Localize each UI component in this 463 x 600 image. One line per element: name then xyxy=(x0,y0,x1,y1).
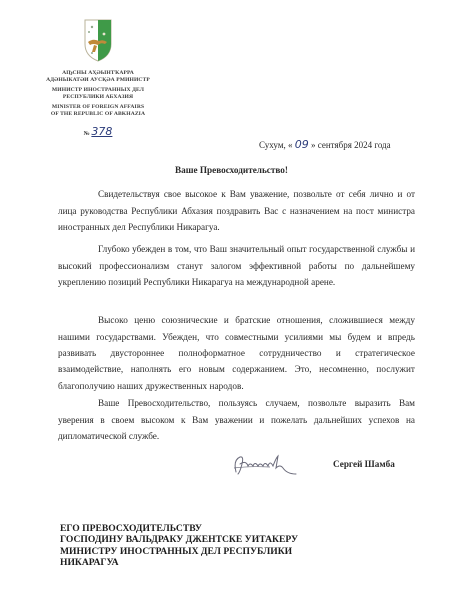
addressee-line: ЕГО ПРЕВОСХОДИТЕЛЬСТВУ xyxy=(60,523,298,534)
salutation: Ваше Превосходительство! xyxy=(0,165,463,175)
letterhead-abkhaz: АҦСНЫ АҲӘЫНТҠАРРА АДӘНЫКАТӘИ АУСҚӘА РМИН… xyxy=(38,70,158,84)
abkhazia-coat-of-arms-icon xyxy=(83,18,113,62)
document-number: № 378 xyxy=(38,125,158,138)
date-city: Сухум, « xyxy=(259,140,293,150)
letterhead-line: OF THE REPUBLIC OF ABKHAZIA xyxy=(38,111,158,118)
letterhead-line: MINISTER OF FOREIGN AFFAIRS xyxy=(38,104,158,111)
letterhead-english: MINISTER OF FOREIGN AFFAIRS OF THE REPUB… xyxy=(38,104,158,118)
date-rest: » сентября 2024 года xyxy=(311,140,391,150)
letterhead-line: АҦСНЫ АҲӘЫНТҠАРРА xyxy=(38,70,158,77)
paragraph: Ваше Превосходительство, пользуясь случа… xyxy=(58,395,415,444)
addressee-line: ГОСПОДИНУ ВАЛЬДРАКУ ДЖЕНТСКЕ УИТАКЕРУ xyxy=(60,534,298,545)
letterhead-line: РЕСПУБЛИКИ АБХАЗИЯ xyxy=(38,94,158,101)
date-day: 09 xyxy=(295,138,309,151)
letterhead-line: МИНИСТР ИНОСТРАННЫХ ДЕЛ xyxy=(38,87,158,94)
signer-name: Сергей Шамба xyxy=(333,459,395,469)
handwritten-signature-icon xyxy=(230,452,310,478)
number-value: 378 xyxy=(91,125,112,138)
letterhead-russian: МИНИСТР ИНОСТРАННЫХ ДЕЛ РЕСПУБЛИКИ АБХАЗ… xyxy=(38,87,158,101)
date-line: Сухум, « 09 » сентября 2024 года xyxy=(259,138,391,151)
paragraph: Свидетельствуя свое высокое к Вам уважен… xyxy=(58,186,415,235)
addressee-line: МИНИСТРУ ИНОСТРАННЫХ ДЕЛ РЕСПУБЛИКИ xyxy=(60,546,298,557)
paragraph: Высоко ценю союзнические и братские отно… xyxy=(58,312,415,394)
addressee-line: НИКАРАГУА xyxy=(60,557,298,568)
letterhead-line: АДӘНЫКАТӘИ АУСҚӘА РМИНИСТР xyxy=(38,77,158,84)
addressee-block: ЕГО ПРЕВОСХОДИТЕЛЬСТВУ ГОСПОДИНУ ВАЛЬДРА… xyxy=(60,523,298,568)
number-label: № xyxy=(84,131,90,137)
letterhead: АҦСНЫ АҲӘЫНТҠАРРА АДӘНЫКАТӘИ АУСҚӘА РМИН… xyxy=(38,18,158,138)
paragraph: Глубоко убежден в том, что Ваш значитель… xyxy=(58,241,415,290)
